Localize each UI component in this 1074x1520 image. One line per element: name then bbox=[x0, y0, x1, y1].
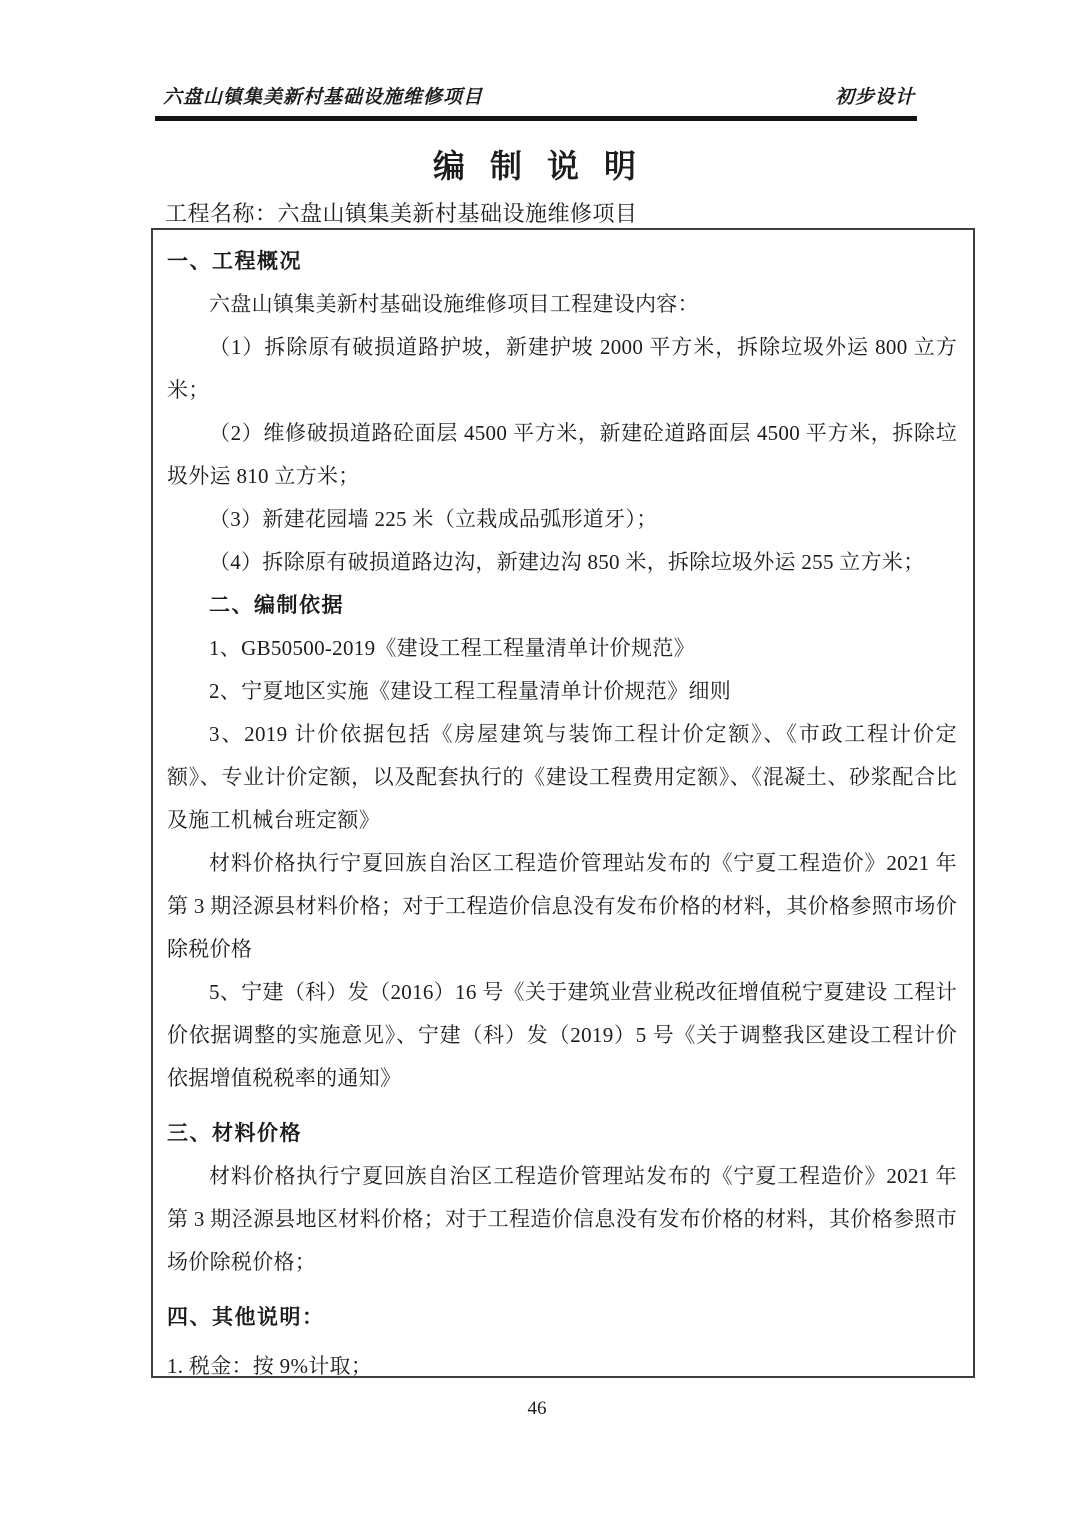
section-heading-overview: 一、工程概况 bbox=[167, 240, 957, 283]
section-heading-other-notes: 四、其他说明： bbox=[167, 1296, 957, 1339]
paragraph-material-price: 材料价格执行宁夏回族自治区工程造价管理站发布的《宁夏工程造价》2021 年第 3… bbox=[167, 1155, 957, 1284]
header-row: 六盘山镇集美新村基础设施维修项目 初步设计 bbox=[155, 82, 917, 109]
paragraph-basis-4: 材料价格执行宁夏回族自治区工程造价管理站发布的《宁夏工程造价》2021 年第 3… bbox=[167, 842, 957, 971]
page-footer: 46 bbox=[0, 1398, 1074, 1420]
page-header: 六盘山镇集美新村基础设施维修项目 初步设计 bbox=[155, 82, 917, 121]
paragraph-basis-3: 3、2019 计价依据包括《房屋建筑与装饰工程计价定额》、《市政工程计价定额》、… bbox=[167, 713, 957, 842]
paragraph-tax-note: 1. 税金：按 9%计取； bbox=[167, 1345, 957, 1378]
header-right-label: 初步设计 bbox=[835, 82, 915, 109]
header-double-rule bbox=[155, 116, 917, 121]
paragraph-item-4: （4）拆除原有破损道路边沟，新建边沟 850 米，拆除垃圾外运 255 立方米； bbox=[167, 541, 957, 584]
paragraph-basis-2: 2、宁夏地区实施《建设工程工程量清单计价规范》细则 bbox=[167, 670, 957, 713]
paragraph-basis-5: 5、宁建（科）发（2016）16 号《关于建筑业营业税改征增值税宁夏建设 工程计… bbox=[167, 971, 957, 1100]
content-box: 一、工程概况 六盘山镇集美新村基础设施维修项目工程建设内容： （1）拆除原有破损… bbox=[151, 228, 975, 1378]
project-name-line: 工程名称：六盘山镇集美新村基础设施维修项目 bbox=[165, 197, 638, 228]
section-heading-material-price: 三、材料价格 bbox=[167, 1112, 957, 1155]
paragraph-item-3: （3）新建花园墙 225 米（立栽成品弧形道牙）； bbox=[167, 498, 957, 541]
paragraph-basis-1: 1、GB50500-2019《建设工程工程量清单计价规范》 bbox=[167, 627, 957, 670]
page-number: 46 bbox=[528, 1398, 547, 1419]
document-page: 六盘山镇集美新村基础设施维修项目 初步设计 编 制 说 明 工程名称：六盘山镇集… bbox=[0, 0, 1074, 1520]
paragraph-item-1: （1）拆除原有破损道路护坡，新建护坡 2000 平方米，拆除垃圾外运 800 立… bbox=[167, 326, 957, 412]
section-heading-basis: 二、编制依据 bbox=[167, 584, 957, 627]
document-title: 编 制 说 明 bbox=[155, 141, 917, 187]
header-left-title: 六盘山镇集美新村基础设施维修项目 bbox=[163, 82, 483, 109]
paragraph-overview-intro: 六盘山镇集美新村基础设施维修项目工程建设内容： bbox=[167, 283, 957, 326]
paragraph-item-2: （2）维修破损道路砼面层 4500 平方米，新建砼道路面层 4500 平方米，拆… bbox=[167, 412, 957, 498]
